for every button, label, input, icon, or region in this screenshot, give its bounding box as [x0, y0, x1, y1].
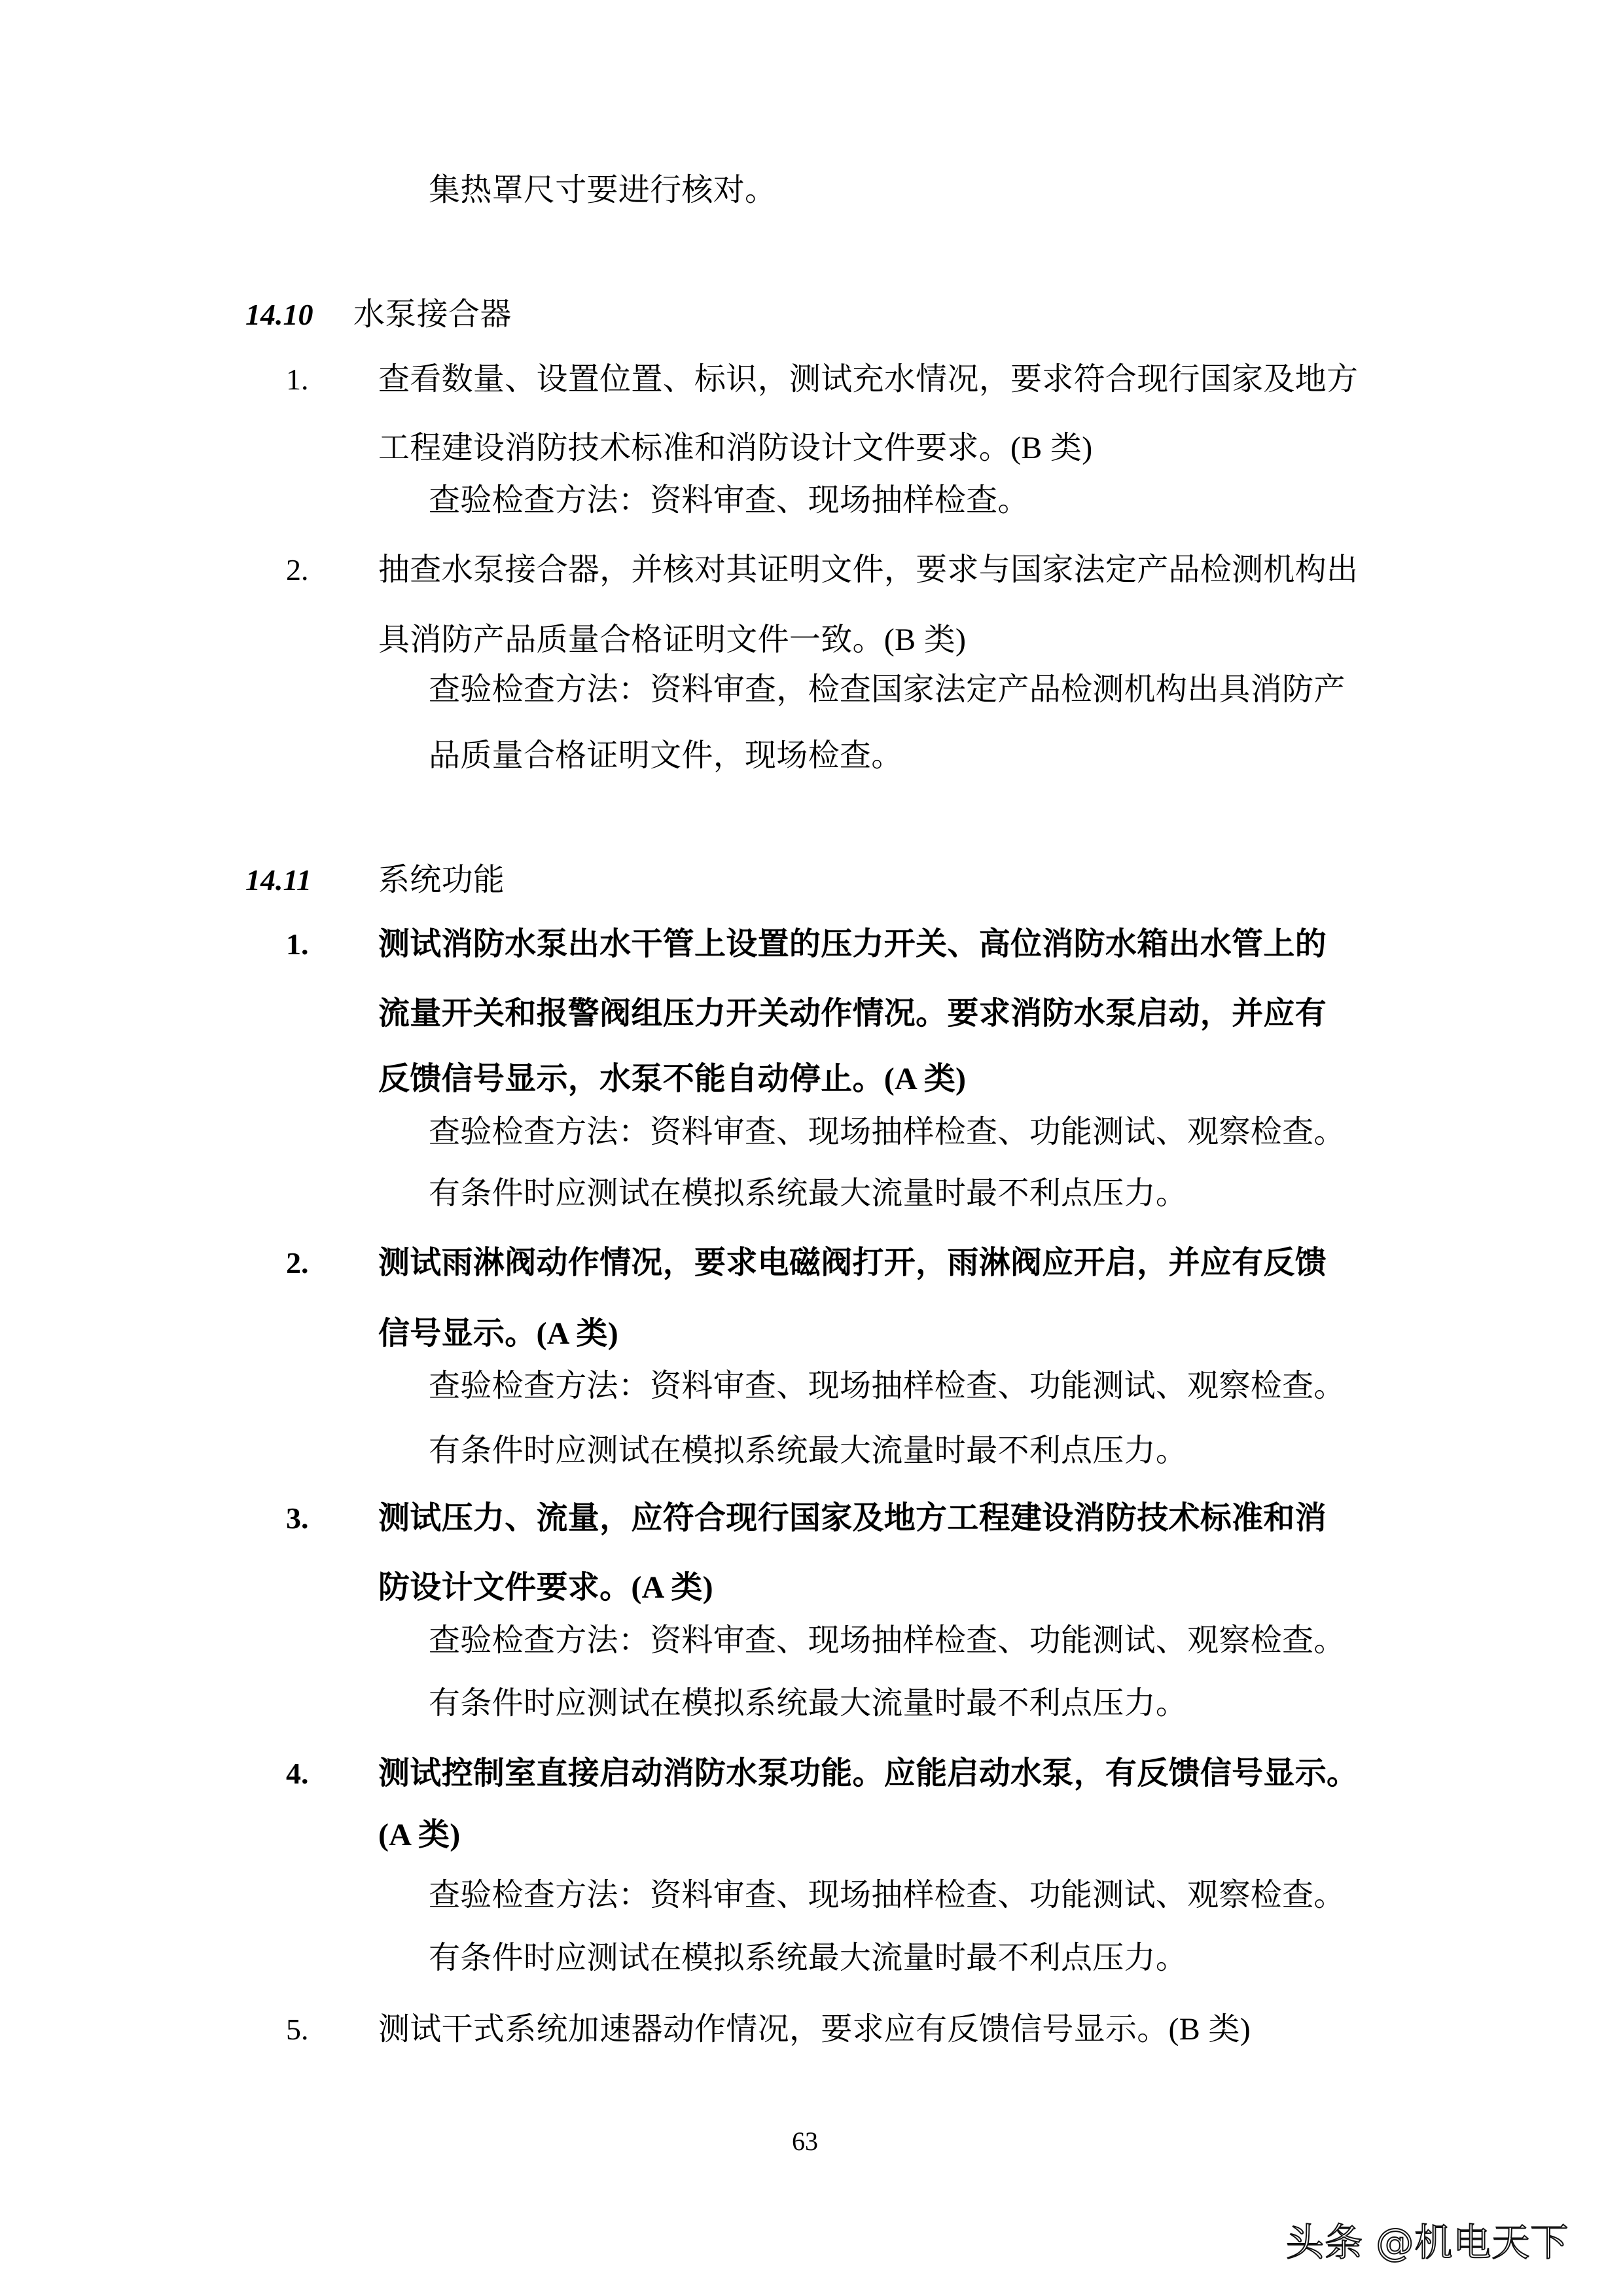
method-text-line: 查验检查方法：资料审查、现场抽样检查、功能测试、观察检查。 [429, 1876, 1346, 1915]
item-text-line: 防设计文件要求。(A 类) [378, 1568, 713, 1607]
section-number: 14.11 [245, 861, 312, 900]
method-text-line: 有条件时应测试在模拟系统最大流量时最不利点压力。 [429, 1431, 1187, 1471]
item-number: 5. [286, 2010, 309, 2049]
watermark: 头条 @机电天下 [1286, 2219, 1569, 2266]
method-text-line: 查验检查方法：资料审查、现场抽样检查、功能测试、观察检查。 [429, 1367, 1346, 1406]
item-number: 3. [286, 1499, 309, 1538]
item-number: 1. [286, 925, 309, 964]
section-number: 14.10 [245, 295, 313, 334]
item-text-line: 测试雨淋阀动作情况，要求电磁阀打开，雨淋阀应开启，并应有反馈 [378, 1244, 1327, 1283]
item-text-line: 测试干式系统加速器动作情况，要求应有反馈信号显示。(B 类) [378, 2010, 1251, 2049]
method-text-line: 查验检查方法：资料审查、现场抽样检查、功能测试、观察检查。 [429, 1113, 1346, 1152]
carryover-text: 集热罩尺寸要进行核对。 [429, 171, 776, 210]
item-text-line: 具消防产品质量合格证明文件一致。(B 类) [378, 620, 966, 660]
item-text-line: 测试压力、流量，应符合现行国家及地方工程建设消防技术标准和消 [378, 1499, 1327, 1538]
page-number: 63 [792, 2124, 818, 2159]
item-text-line: 抽查水泵接合器，并核对其证明文件，要求与国家法定产品检测机构出 [378, 550, 1358, 590]
item-text-line: 信号显示。(A 类) [378, 1314, 618, 1354]
item-text-line: 查看数量、设置位置、标识，测试充水情况，要求符合现行国家及地方 [378, 360, 1358, 399]
item-text-line: 流量开关和报警阀组压力开关动作情况。要求消防水泵启动，并应有 [378, 994, 1327, 1033]
method-text-line: 有条件时应测试在模拟系统最大流量时最不利点压力。 [429, 1684, 1187, 1723]
item-text-line: (A 类) [378, 1816, 461, 1855]
item-text-line: 反馈信号显示，水泵不能自动停止。(A 类) [378, 1060, 966, 1099]
method-text-line: 有条件时应测试在模拟系统最大流量时最不利点压力。 [429, 1939, 1187, 1978]
item-number: 2. [286, 550, 309, 590]
method-text-line: 品质量合格证明文件，现场检查。 [429, 736, 903, 776]
item-number: 2. [286, 1244, 309, 1283]
method-text-line: 有条件时应测试在模拟系统最大流量时最不利点压力。 [429, 1174, 1187, 1213]
method-text-line: 查验检查方法：资料审查、现场抽样检查。 [429, 481, 1029, 520]
item-text-line: 工程建设消防技术标准和消防设计文件要求。(B 类) [378, 429, 1093, 468]
item-text-line: 测试控制室直接启动消防水泵功能。应能启动水泵，有反馈信号显示。 [378, 1754, 1358, 1793]
section-title: 水泵接合器 [353, 295, 512, 334]
item-number: 4. [286, 1754, 309, 1793]
method-text-line: 查验检查方法：资料审查、现场抽样检查、功能测试、观察检查。 [429, 1621, 1346, 1660]
section-title: 系统功能 [378, 861, 505, 900]
item-text-line: 测试消防水泵出水干管上设置的压力开关、高位消防水箱出水管上的 [378, 925, 1327, 964]
item-number: 1. [286, 360, 309, 399]
method-text-line: 查验检查方法：资料审查，检查国家法定产品检测机构出具消防产 [429, 670, 1346, 709]
